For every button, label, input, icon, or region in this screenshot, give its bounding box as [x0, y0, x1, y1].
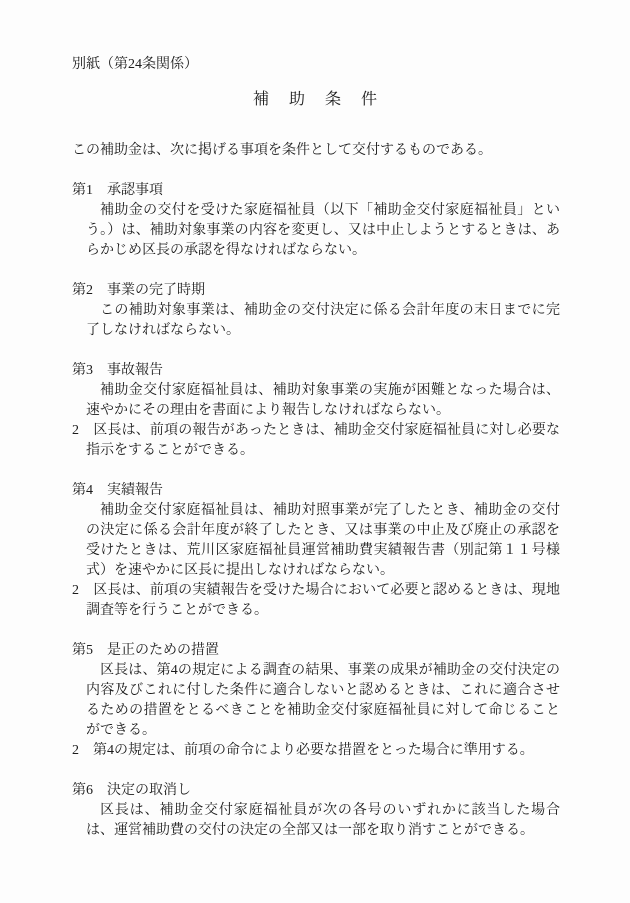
body-paragraph: 補助金の交付を受けた家庭福祉員（以下「補助金交付家庭福祉員」という。）は、補助対…	[72, 201, 560, 261]
body-paragraph: 区長は、補助金交付家庭福祉員が次の各号のいずれかに該当した場合は、運営補助費の交…	[72, 801, 560, 841]
document-title: 補 助 条 件	[72, 89, 560, 111]
section-5: 第5 是正のための措置区長は、第4の規定による調査の結果、事業の成果が補助金の交…	[72, 641, 560, 761]
section-heading: 第5 是正のための措置	[72, 641, 560, 661]
section-heading: 第4 実績報告	[72, 481, 560, 501]
clause-paragraph: 2 区長は、前項の実績報告を受けた場合において必要と認めるときは、現地調査等を行…	[72, 581, 560, 621]
clause-paragraph: 2 区長は、前項の報告があったときは、補助金交付家庭福祉員に対し必要な指示をする…	[72, 421, 560, 461]
section-3: 第3 事故報告補助金交付家庭福祉員は、補助対象事業の実施が困難となった場合は、速…	[72, 361, 560, 461]
section-heading: 第6 決定の取消し	[72, 781, 560, 801]
section-2: 第2 事業の完了時期この補助対象事業は、補助金の交付決定に係る会計年度の末日まで…	[72, 281, 560, 341]
body-paragraph: 区長は、第4の規定による調査の結果、事業の成果が補助金の交付決定の内容及びこれに…	[72, 661, 560, 741]
section-6: 第6 決定の取消し区長は、補助金交付家庭福祉員が次の各号のいずれかに該当した場合…	[72, 781, 560, 841]
body-paragraph: この補助対象事業は、補助金の交付決定に係る会計年度の末日までに完了しなければなら…	[72, 301, 560, 341]
body-paragraph: 補助金交付家庭福祉員は、補助対照事業が完了したとき、補助金の交付の決定に係る会計…	[72, 501, 560, 581]
clause-paragraph: 2 第4の規定は、前項の命令により必要な措置をとった場合に準用する。	[72, 741, 560, 761]
section-1: 第1 承認事項補助金の交付を受けた家庭福祉員（以下「補助金交付家庭福祉員」という…	[72, 181, 560, 261]
body-paragraph: 補助金交付家庭福祉員は、補助対象事業の実施が困難となった場合は、速やかにその理由…	[72, 381, 560, 421]
attachment-label: 別紙（第24条関係）	[72, 55, 560, 75]
section-heading: 第3 事故報告	[72, 361, 560, 381]
sections-container: 第1 承認事項補助金の交付を受けた家庭福祉員（以下「補助金交付家庭福祉員」という…	[72, 181, 560, 841]
section-4: 第4 実績報告補助金交付家庭福祉員は、補助対照事業が完了したとき、補助金の交付の…	[72, 481, 560, 621]
section-heading: 第1 承認事項	[72, 181, 560, 201]
section-heading: 第2 事業の完了時期	[72, 281, 560, 301]
document-page: 別紙（第24条関係） 補 助 条 件 この補助金は、次に掲げる事項を条件として交…	[0, 0, 630, 903]
intro-paragraph: この補助金は、次に掲げる事項を条件として交付するものである。	[72, 141, 560, 161]
